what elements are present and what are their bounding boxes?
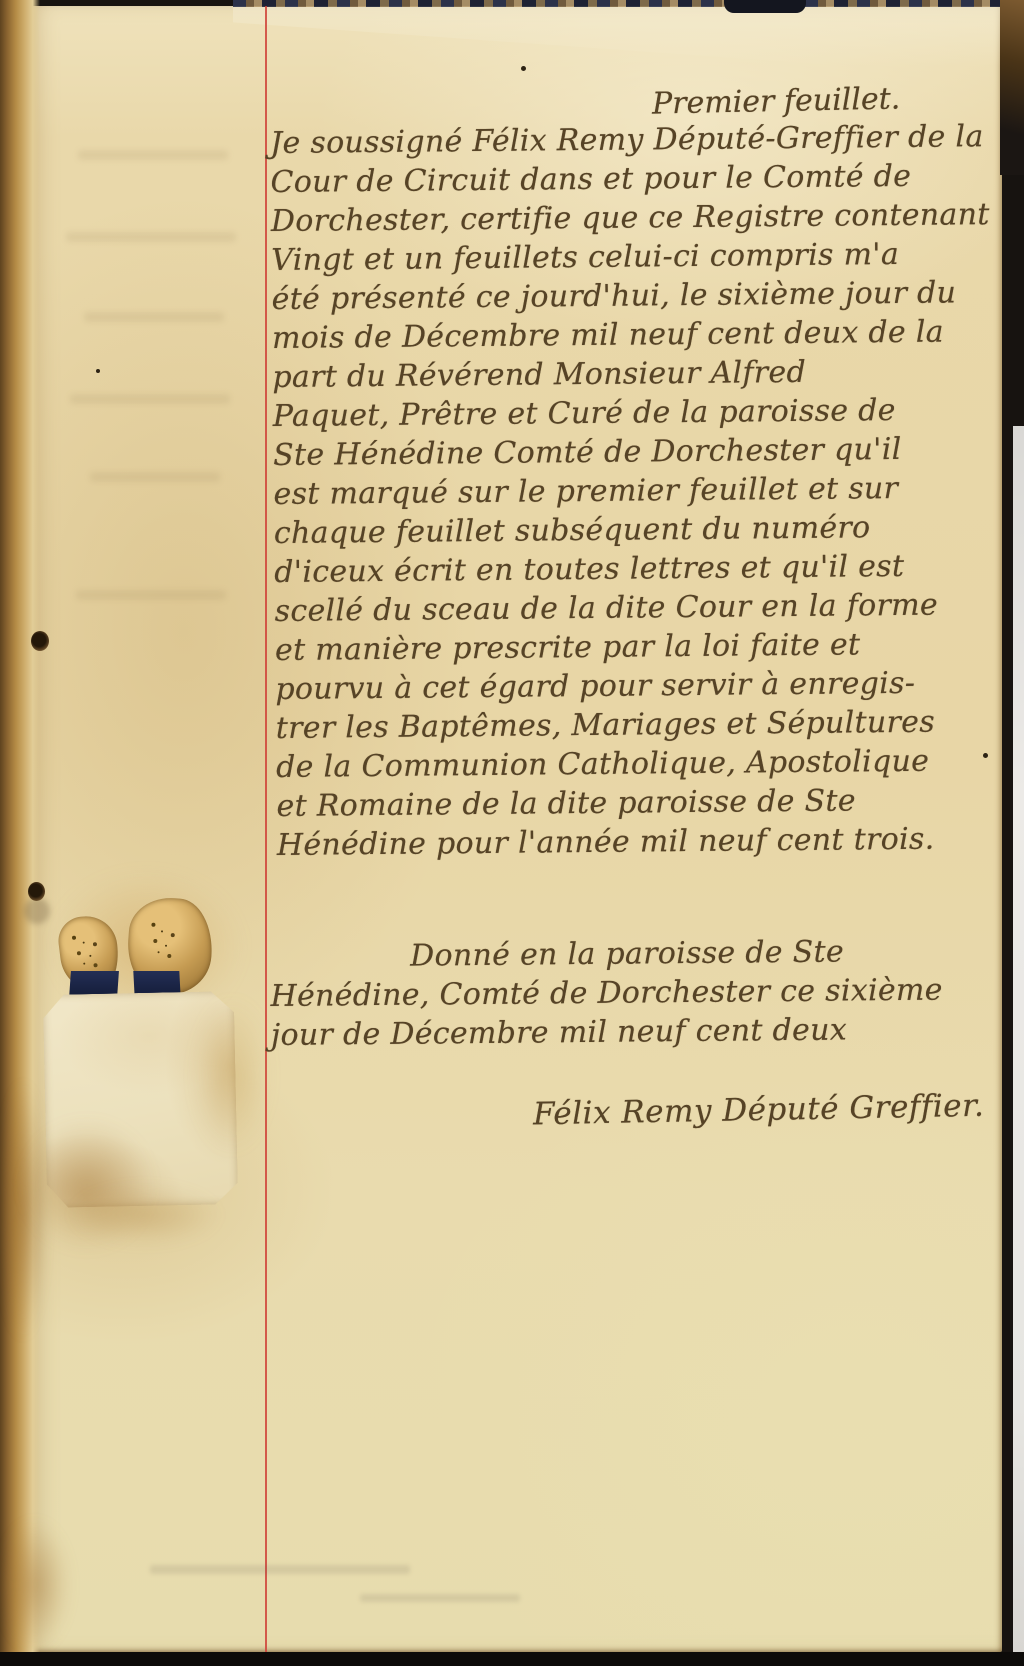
handwritten-line: part du Révérend Monsieur Alfred	[272, 351, 991, 397]
page-heading-premier-feuillet: Premier feuillet.	[652, 81, 901, 121]
ink-bleedthrough	[76, 590, 226, 600]
ink-speck	[96, 369, 100, 373]
handwritten-line: Hénédine pour l'année mil neuf cent troi…	[277, 819, 996, 865]
closing-date-text: Donné en la paroisse de SteHénédine, Com…	[270, 932, 943, 1055]
handwritten-line: Donné en la paroisse de Ste	[270, 932, 943, 977]
margin-rule-line	[265, 6, 267, 1652]
marbled-book-edge	[233, 0, 1003, 7]
handwritten-line: Hénédine, Comté de Dorchester ce sixième	[270, 971, 943, 1016]
handwritten-line: Ste Hénédine Comté de Dorchester qu'il	[273, 429, 992, 475]
handwritten-line: été présenté ce jourd'hui, le sixième jo…	[271, 273, 990, 319]
book-cover-bottom-edge	[0, 1652, 1024, 1666]
handwritten-line: Dorchester, certifie que ce Registre con…	[271, 195, 990, 241]
handwritten-line: pourvu à cet égard pour servir à enregis…	[275, 663, 994, 709]
scan-background-wall	[1013, 426, 1024, 1654]
handwritten-line: Paquet, Prêtre et Curé de la paroisse de	[273, 390, 992, 436]
faint-pencil-mark	[360, 1594, 520, 1602]
ink-bleedthrough	[84, 312, 224, 322]
water-stain	[196, 1000, 268, 1150]
handwritten-line: Vingt et un feuillets celui-ci compris m…	[271, 234, 990, 280]
handwritten-line: de la Communion Catholique, Apostolique	[276, 741, 995, 787]
punch-hole-smudge	[24, 898, 50, 924]
book-cover-corner	[1000, 0, 1024, 175]
gutter-stain	[0, 1520, 70, 1650]
punch-hole	[28, 882, 45, 901]
punch-hole	[31, 631, 49, 651]
marbled-edge-blob	[724, 0, 806, 13]
handwritten-line: mois de Décembre mil neuf cent deux de l…	[272, 312, 991, 358]
handwritten-line: d'iceux écrit en toutes lettres et qu'il…	[274, 546, 993, 592]
ink-bleedthrough	[90, 472, 220, 482]
handwritten-line: Je soussigné Félix Remy Député-Greffier …	[270, 117, 989, 163]
handwritten-line: scellé du sceau de la dite Cour en la fo…	[274, 585, 993, 631]
handwritten-line: chaque feuillet subséquent du numéro	[274, 507, 993, 553]
binding-gutter-edge	[0, 0, 40, 1666]
handwritten-line: Cour de Circuit dans et pour le Comté de	[270, 156, 989, 202]
ink-speck	[521, 66, 526, 71]
certification-body-text: Je soussigné Félix Remy Député-Greffier …	[270, 117, 996, 865]
ink-bleedthrough	[70, 394, 230, 404]
water-stain	[70, 1185, 220, 1245]
faint-pencil-mark	[150, 1565, 410, 1574]
handwritten-line: et manière prescrite par la loi faite et	[275, 624, 994, 670]
handwritten-line: est marqué sur le premier feuillet et su…	[273, 468, 992, 514]
ink-bleedthrough	[66, 232, 236, 242]
wax-texture	[151, 923, 155, 927]
ink-bleedthrough	[78, 150, 228, 160]
handwritten-line: et Romaine de la dite paroisse de Ste	[276, 780, 995, 826]
wax-texture	[72, 935, 76, 939]
handwritten-line: jour de Décembre mil neuf cent deux	[271, 1010, 944, 1055]
handwritten-line: trer les Baptêmes, Mariages et Sépulture…	[276, 702, 995, 748]
